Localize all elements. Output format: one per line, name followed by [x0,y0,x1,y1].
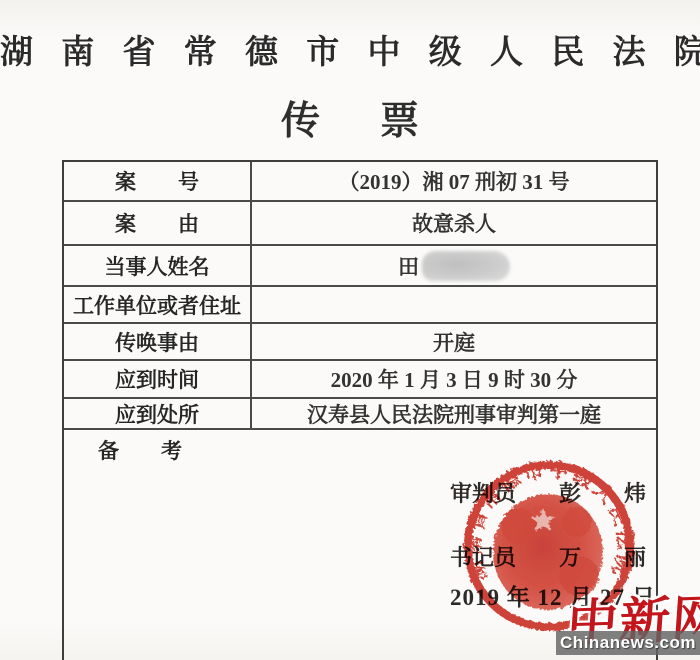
cause-value: 故意杀人 [252,202,656,244]
table-row-case-number: 案 号 （2019）湘 07 刑初 31 号 [64,162,656,202]
judge-name-char: 彭 [559,477,581,508]
clerk-label: 书记员 [450,541,516,572]
table-row-cause: 案 由 故意杀人 [64,202,656,246]
clerk-name-char: 万 [559,541,581,572]
judge-signature-line: 审判员 彭 炜 [450,477,646,508]
row-label: 应到处所 [64,399,252,428]
table-row-summons-reason: 传唤事由 开庭 [64,324,656,361]
arrival-place-value: 汉寿县人民法院刑事审判第一庭 [252,399,656,428]
court-name-heading: 湖 南 省 常 德 市 中 级 人 民 法 院 [0,26,700,73]
document-title-char: 票 [380,90,419,146]
row-label: 工作单位或者住址 [64,287,252,322]
row-label: 应到时间 [64,361,252,397]
case-number-value: （2019）湘 07 刑初 31 号 [252,162,656,200]
document-title-char: 传 [281,90,320,146]
row-label: 案 号 [64,162,252,200]
judge-label: 审判员 [450,477,516,508]
document-title: 传 票 [0,90,700,146]
clerk-name-char: 丽 [624,541,646,572]
memo-label: 备 考 [98,439,182,463]
table-row-work-address: 工作单位或者住址 [64,287,656,324]
chinanews-url-text: Chinanews.com [560,633,696,653]
work-address-value [252,287,656,322]
row-label: 案 由 [64,202,252,244]
table-row-arrival-time: 应到时间 2020 年 1 月 3 日 9 时 30 分 [64,361,656,399]
table-row-arrival-place: 应到处所 汉寿县人民法院刑事审判第一庭 [64,399,656,430]
chinanews-url-bar: Chinanews.com [556,631,700,655]
row-label: 传唤事由 [64,324,252,359]
clerk-signature-line: 书记员 万 丽 [450,541,646,572]
judge-name-char: 炜 [624,477,646,508]
signature-block: 审判员 彭 炜 书记员 万 丽 [450,470,646,572]
arrival-time-value: 2020 年 1 月 3 日 9 时 30 分 [252,361,656,397]
summons-document-scan: 湖 南 省 常 德 市 中 级 人 民 法 院 传 票 案 号 （2019）湘 … [0,0,700,660]
table-row-party-name: 当事人姓名 田 [64,246,656,287]
party-name-value: 田 [398,251,419,281]
row-label: 当事人姓名 [64,246,252,285]
summons-reason-value: 开庭 [252,324,656,359]
redaction-blur [422,251,510,281]
party-name-cell: 田 [252,246,656,285]
